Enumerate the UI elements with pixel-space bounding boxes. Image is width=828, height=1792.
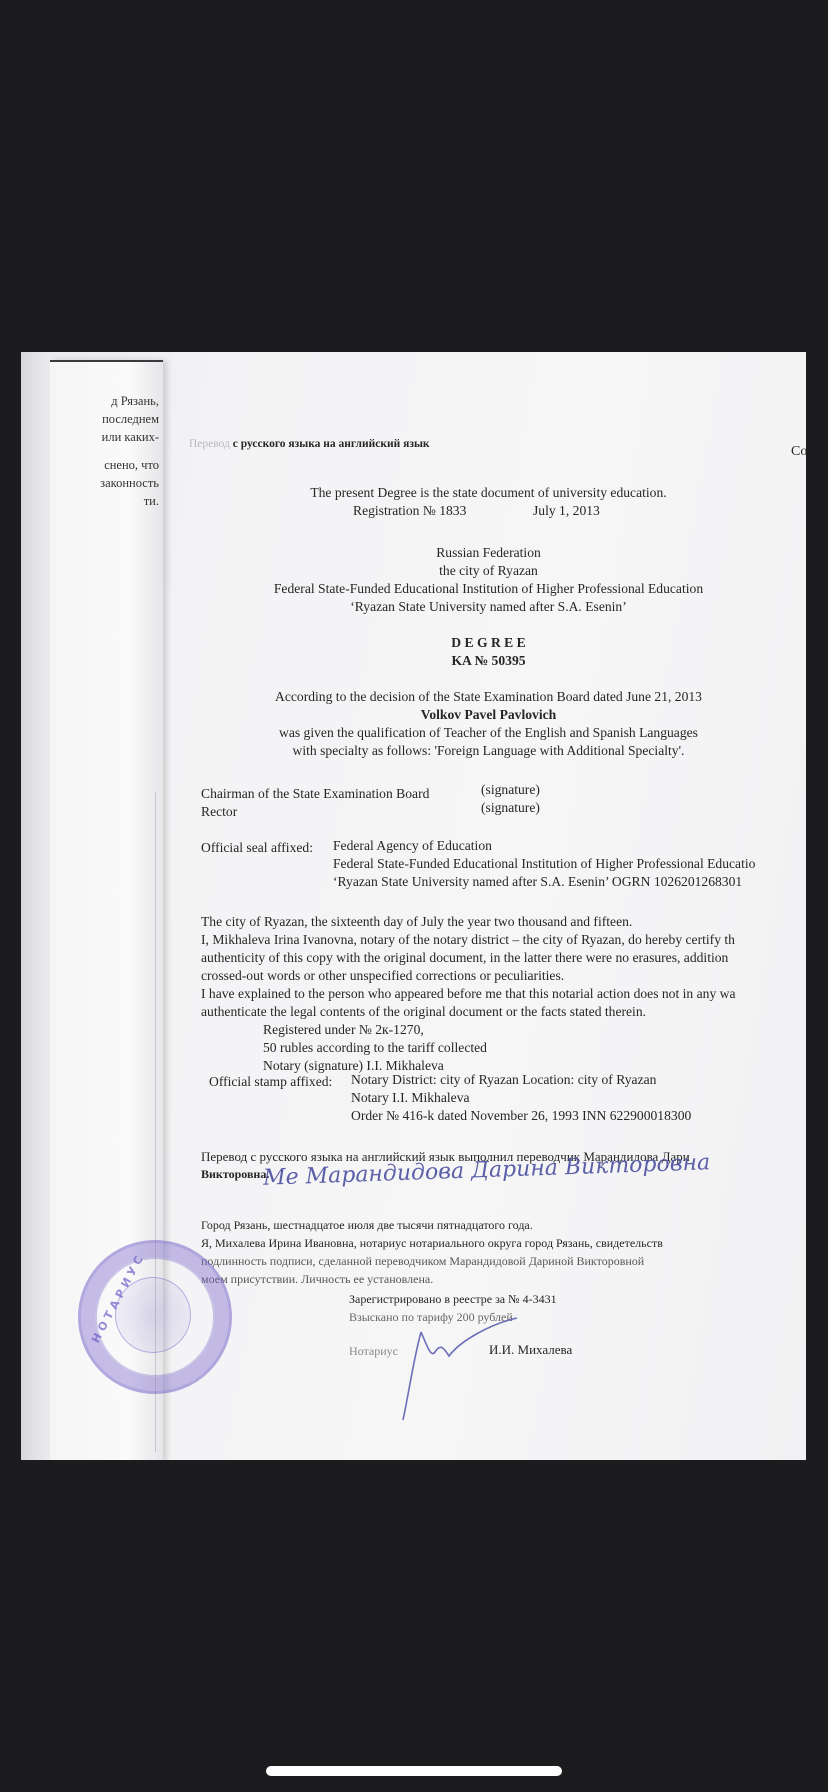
notary-signature-icon bbox=[401, 1312, 521, 1422]
seal-line3: ‘Ryazan State University named after S.A… bbox=[333, 874, 742, 890]
stamp-label: Official stamp affixed: bbox=[209, 1074, 332, 1090]
header-faded-word: Перевод bbox=[189, 438, 230, 450]
notary-stamp-icon: НОТАРИУС bbox=[78, 1240, 232, 1394]
notary-ru-registered: Зарегистрировано в реестре за № 4-3431 bbox=[349, 1292, 557, 1307]
notary-ru-line1: Город Рязань, шестнадцатое июля две тыся… bbox=[201, 1218, 533, 1233]
registration-date: July 1, 2013 bbox=[533, 503, 600, 519]
document-photo: д Рязань, последнем или каких- снено, чт… bbox=[21, 352, 806, 1460]
chairman-label: Chairman of the State Examination Board bbox=[201, 786, 429, 802]
board-decision: According to the decision of the State E… bbox=[171, 689, 806, 705]
stamp-line2: Notary I.I. Mikhaleva bbox=[351, 1090, 470, 1106]
translator-line2: Викторовна. bbox=[201, 1167, 269, 1182]
notary-en-line6: authenticate the legal contents of the o… bbox=[201, 1004, 646, 1020]
left-page-fragment: д Рязань, bbox=[111, 394, 159, 409]
institution-line2: ‘Ryazan State University named after S.A… bbox=[171, 599, 806, 615]
notary-en-line1: The city of Ryazan, the sixteenth day of… bbox=[201, 914, 632, 930]
stamp-line1: Notary District: city of Ryazan Location… bbox=[351, 1072, 656, 1088]
chairman-signature: (signature) bbox=[481, 782, 540, 798]
qualification-line1: was given the qualification of Teacher o… bbox=[171, 725, 806, 741]
notary-en-line5: I have explained to the person who appea… bbox=[201, 986, 736, 1002]
notary-ru-line3: подлинность подписи, сделанной переводчи… bbox=[201, 1254, 644, 1269]
left-page-fragment: ти. bbox=[144, 494, 159, 509]
left-page-fragment: последнем bbox=[102, 412, 159, 427]
stamp-line3: Order № 416-k dated November 26, 1993 IN… bbox=[351, 1108, 691, 1124]
left-page-fragment: законность bbox=[100, 476, 159, 491]
notary-en-fee: 50 rubles according to the tariff collec… bbox=[263, 1040, 487, 1056]
degree-title: D E G R E E bbox=[171, 635, 806, 651]
registration-number: Registration № 1833 bbox=[353, 503, 466, 519]
notary-ru-label: Нотариус bbox=[349, 1344, 398, 1359]
seal-label: Official seal affixed: bbox=[201, 840, 313, 856]
notary-en-line3: authenticity of this copy with the origi… bbox=[201, 950, 728, 966]
left-page-fragment: или каких- bbox=[102, 430, 159, 445]
seal-line2: Federal State-Funded Educational Institu… bbox=[333, 856, 755, 872]
notary-ru-line4: моем присутствии. Личность ее установлен… bbox=[201, 1272, 433, 1287]
certified-translation-page: Перевод с русского языка на английский я… bbox=[171, 352, 806, 1460]
seal-line1: Federal Agency of Education bbox=[333, 838, 492, 854]
home-indicator[interactable] bbox=[266, 1766, 562, 1776]
copy-mark: Copy bbox=[791, 444, 806, 460]
notary-en-line2: I, Mikhaleva Irina Ivanovna, notary of t… bbox=[201, 932, 735, 948]
notary-ru-line2: Я, Михалева Ирина Ивановна, нотариус нот… bbox=[201, 1236, 663, 1251]
city: the city of Ryazan bbox=[171, 563, 806, 579]
rector-signature: (signature) bbox=[481, 800, 540, 816]
degree-number: KA № 50395 bbox=[171, 653, 806, 669]
notary-en-line4: crossed-out words or other unspecified c… bbox=[201, 968, 564, 984]
rector-label: Rector bbox=[201, 804, 237, 820]
qualification-line2: with specialty as follows: 'Foreign Lang… bbox=[171, 743, 806, 759]
degree-intro: The present Degree is the state document… bbox=[171, 485, 806, 501]
notary-en-registered: Registered under № 2к-1270, bbox=[263, 1022, 424, 1038]
holder-name: Volkov Pavel Pavlovich bbox=[171, 707, 806, 723]
page-edge bbox=[21, 352, 50, 1460]
translation-header: Перевод с русского языка на английский я… bbox=[189, 438, 430, 450]
institution-line1: Federal State-Funded Educational Institu… bbox=[171, 581, 806, 597]
left-page-fragment: снено, что bbox=[104, 458, 159, 473]
header-text: с русского языка на английский язык bbox=[233, 438, 430, 450]
country: Russian Federation bbox=[171, 545, 806, 561]
